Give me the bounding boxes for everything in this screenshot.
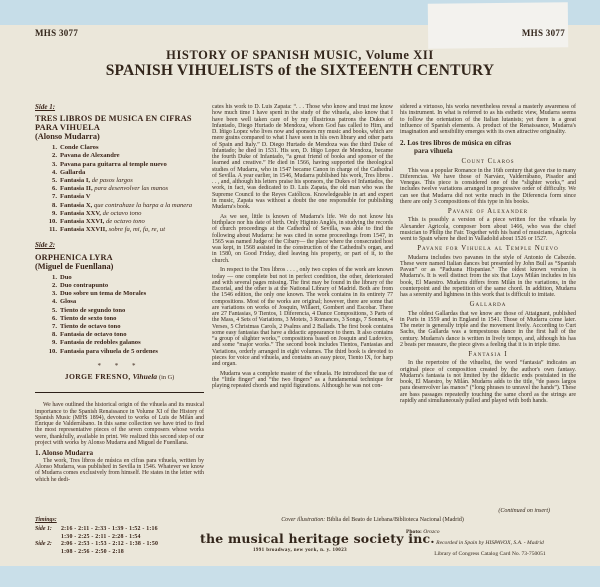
photo-credit: Photo: Orozco — [406, 527, 574, 538]
track-row: 4.Gallarda — [35, 169, 204, 177]
track-row: 1.Duo — [35, 274, 204, 282]
performer-credit: JORGE FRESNO, Vihuela (in G) — [35, 374, 204, 381]
track-row: 2.Duo contrapunto — [35, 282, 204, 290]
label-patch — [428, 2, 568, 48]
track-row: 6.Tiento de sexto tono — [35, 315, 204, 323]
section1-heading: 1. Alonso Mudarra — [35, 450, 204, 456]
side2-track-list: 1.Duo 2.Duo contrapunto 3.Duo sobre un t… — [35, 274, 204, 356]
left-column: Side 1: TRES LIBROS DE MUSICA EN CIFRAS … — [35, 104, 204, 486]
side1-track-list: 1.Conde Claros 2.Pavana de Alexandre 3.P… — [35, 144, 204, 234]
track-row: 1.Conde Claros — [35, 144, 204, 152]
timings-side1: Side 1: 2:16 - 2:11 - 2:33 - 1:39 - 1:52… — [35, 526, 210, 541]
side1-composer: (Alonso Mudarra) — [35, 132, 204, 141]
middle-column: cates his work to D. Luis Zapata: “. . .… — [212, 104, 393, 393]
notes-paragraph: This is possibly a version of a piece wr… — [400, 217, 576, 242]
side2-label: Side 2: — [35, 242, 204, 248]
timings-side2: Side 2: 2:06 - 2:53 - 1:53 - 2:12 - 1:38… — [35, 541, 210, 556]
side1-label: Side 1: — [35, 104, 204, 110]
bottom-blue-band — [0, 566, 600, 587]
notes-paragraph: In respect to the Tres libros . . . , on… — [212, 267, 393, 367]
track-row: 4.Glosa — [35, 298, 204, 306]
catalog-number-left: MHS 3077 — [35, 28, 78, 38]
recording-credit: Recorded in Spain by HISPAVOX, S.A. - Ma… — [406, 538, 574, 549]
notes-paragraph: This was a popular Romance in the 16th c… — [400, 168, 576, 206]
subsection-heading-pavane-alexander: Pavane of Alexander — [400, 209, 576, 215]
subsection-heading-gallarda: Gallarda — [400, 302, 576, 308]
track-row: 9.Fantasia XXV, de octavo tono — [35, 210, 204, 218]
intro-paragraph: We have outlined the historical origin o… — [35, 402, 204, 446]
side2-work-title: ORPHENICA LYRA — [35, 253, 204, 262]
horizontal-rule — [35, 392, 204, 393]
library-of-congress-number: Library of Congress Catalog Card No. 73-… — [406, 549, 574, 560]
track-row: 3.Pavana para guitarra al temple nuevo — [35, 161, 204, 169]
track-row: 8.Fantasia X, que contrahaze la harpa a … — [35, 202, 204, 210]
subsection-heading-pavane-temple-nuevo: Pavane for Vihuela al Temple Nuevo — [400, 246, 576, 252]
track-row: 9.Fantasia de redobles galanos — [35, 339, 204, 347]
section1-paragraph: The work, Tres libros de música en cifra… — [35, 458, 204, 483]
side2-block: Side 2: ORPHENICA LYRA (Miguel de Fuenll… — [35, 242, 204, 355]
track-row: 10.Fantasia para vihuela de 5 ordenes — [35, 348, 204, 356]
notes-paragraph: The oldest Gallardas that we know are th… — [400, 311, 576, 349]
continued-note: (Continued on insert) — [400, 508, 550, 514]
timings-block: Timings: Side 1: 2:16 - 2:11 - 2:33 - 1:… — [35, 517, 210, 556]
album-back-cover: MHS 3077 MHS 3077 HISTORY OF SPANISH MUS… — [0, 0, 600, 587]
track-row: 7.Tiento de octavo tono — [35, 323, 204, 331]
track-row: 8.Fantasia de octavo tono — [35, 331, 204, 339]
timings-label: Timings: — [35, 517, 210, 524]
track-row: 5.Tiento de segundo tono — [35, 307, 204, 315]
cover-illustration-credit: Cover illustration: Biblia del Beato de … — [195, 517, 550, 523]
notes-paragraph: Mudarra was a complete master of the vih… — [212, 371, 393, 390]
album-title: SPANISH VIHUELISTS of the SIXTEENTH CENT… — [0, 62, 600, 80]
track-row: 3.Duo sobre un tema de Morales — [35, 290, 204, 298]
publisher-address: 1991 broadway, new york, n. y. 10023 — [200, 548, 400, 553]
subsection-heading-fantasia-1: Fantasia I — [400, 352, 576, 358]
notes-paragraph: As we see, little is known of Mudarra's … — [212, 214, 393, 264]
right-column: sidered a virtuoso, his works neverthele… — [400, 104, 576, 408]
publisher-block: the musical heritage society inc. 1991 b… — [200, 531, 400, 553]
notes-paragraph: sidered a virtuoso, his works neverthele… — [400, 104, 576, 135]
publisher-logo: the musical heritage society inc. — [200, 531, 400, 546]
track-row: 11.Fantasia XXVII, sobre fa, mi, fa, re,… — [35, 226, 204, 234]
notes-paragraph: Mudarra includes two pavanes in the styl… — [400, 255, 576, 299]
notes-paragraph: cates his work to D. Luis Zapata: “. . .… — [212, 104, 393, 210]
track-row: 2.Pavana de Alexandre — [35, 152, 204, 160]
section2-heading: 2. Los tres libros de música en cifras p… — [400, 139, 576, 155]
series-title: HISTORY OF SPANISH MUSIC, Volume XII — [0, 48, 600, 63]
notes-paragraph: In the repertoire of the vihuelist, the … — [400, 360, 576, 404]
credits-block: Photo: Orozco Recorded in Spain by HISPA… — [406, 527, 574, 560]
track-row: 10.Fantasia XXVI, de octavo tono — [35, 218, 204, 226]
catalog-number-right: MHS 3077 — [522, 28, 565, 38]
track-row: 5.Fantasia I, de pasos largos — [35, 177, 204, 185]
track-row: 6.Fantasia II, para desenvolver las mano… — [35, 185, 204, 193]
side1-work-title: TRES LIBROS DE MUSICA EN CIFRAS PARA VIH… — [35, 114, 204, 132]
side2-composer: (Miguel de Fuenllana) — [35, 262, 204, 271]
subsection-heading-count-claros: Count Claros — [400, 159, 576, 165]
track-row: 7.Fantasia V — [35, 193, 204, 201]
ornament-separator: * * * — [35, 363, 204, 369]
